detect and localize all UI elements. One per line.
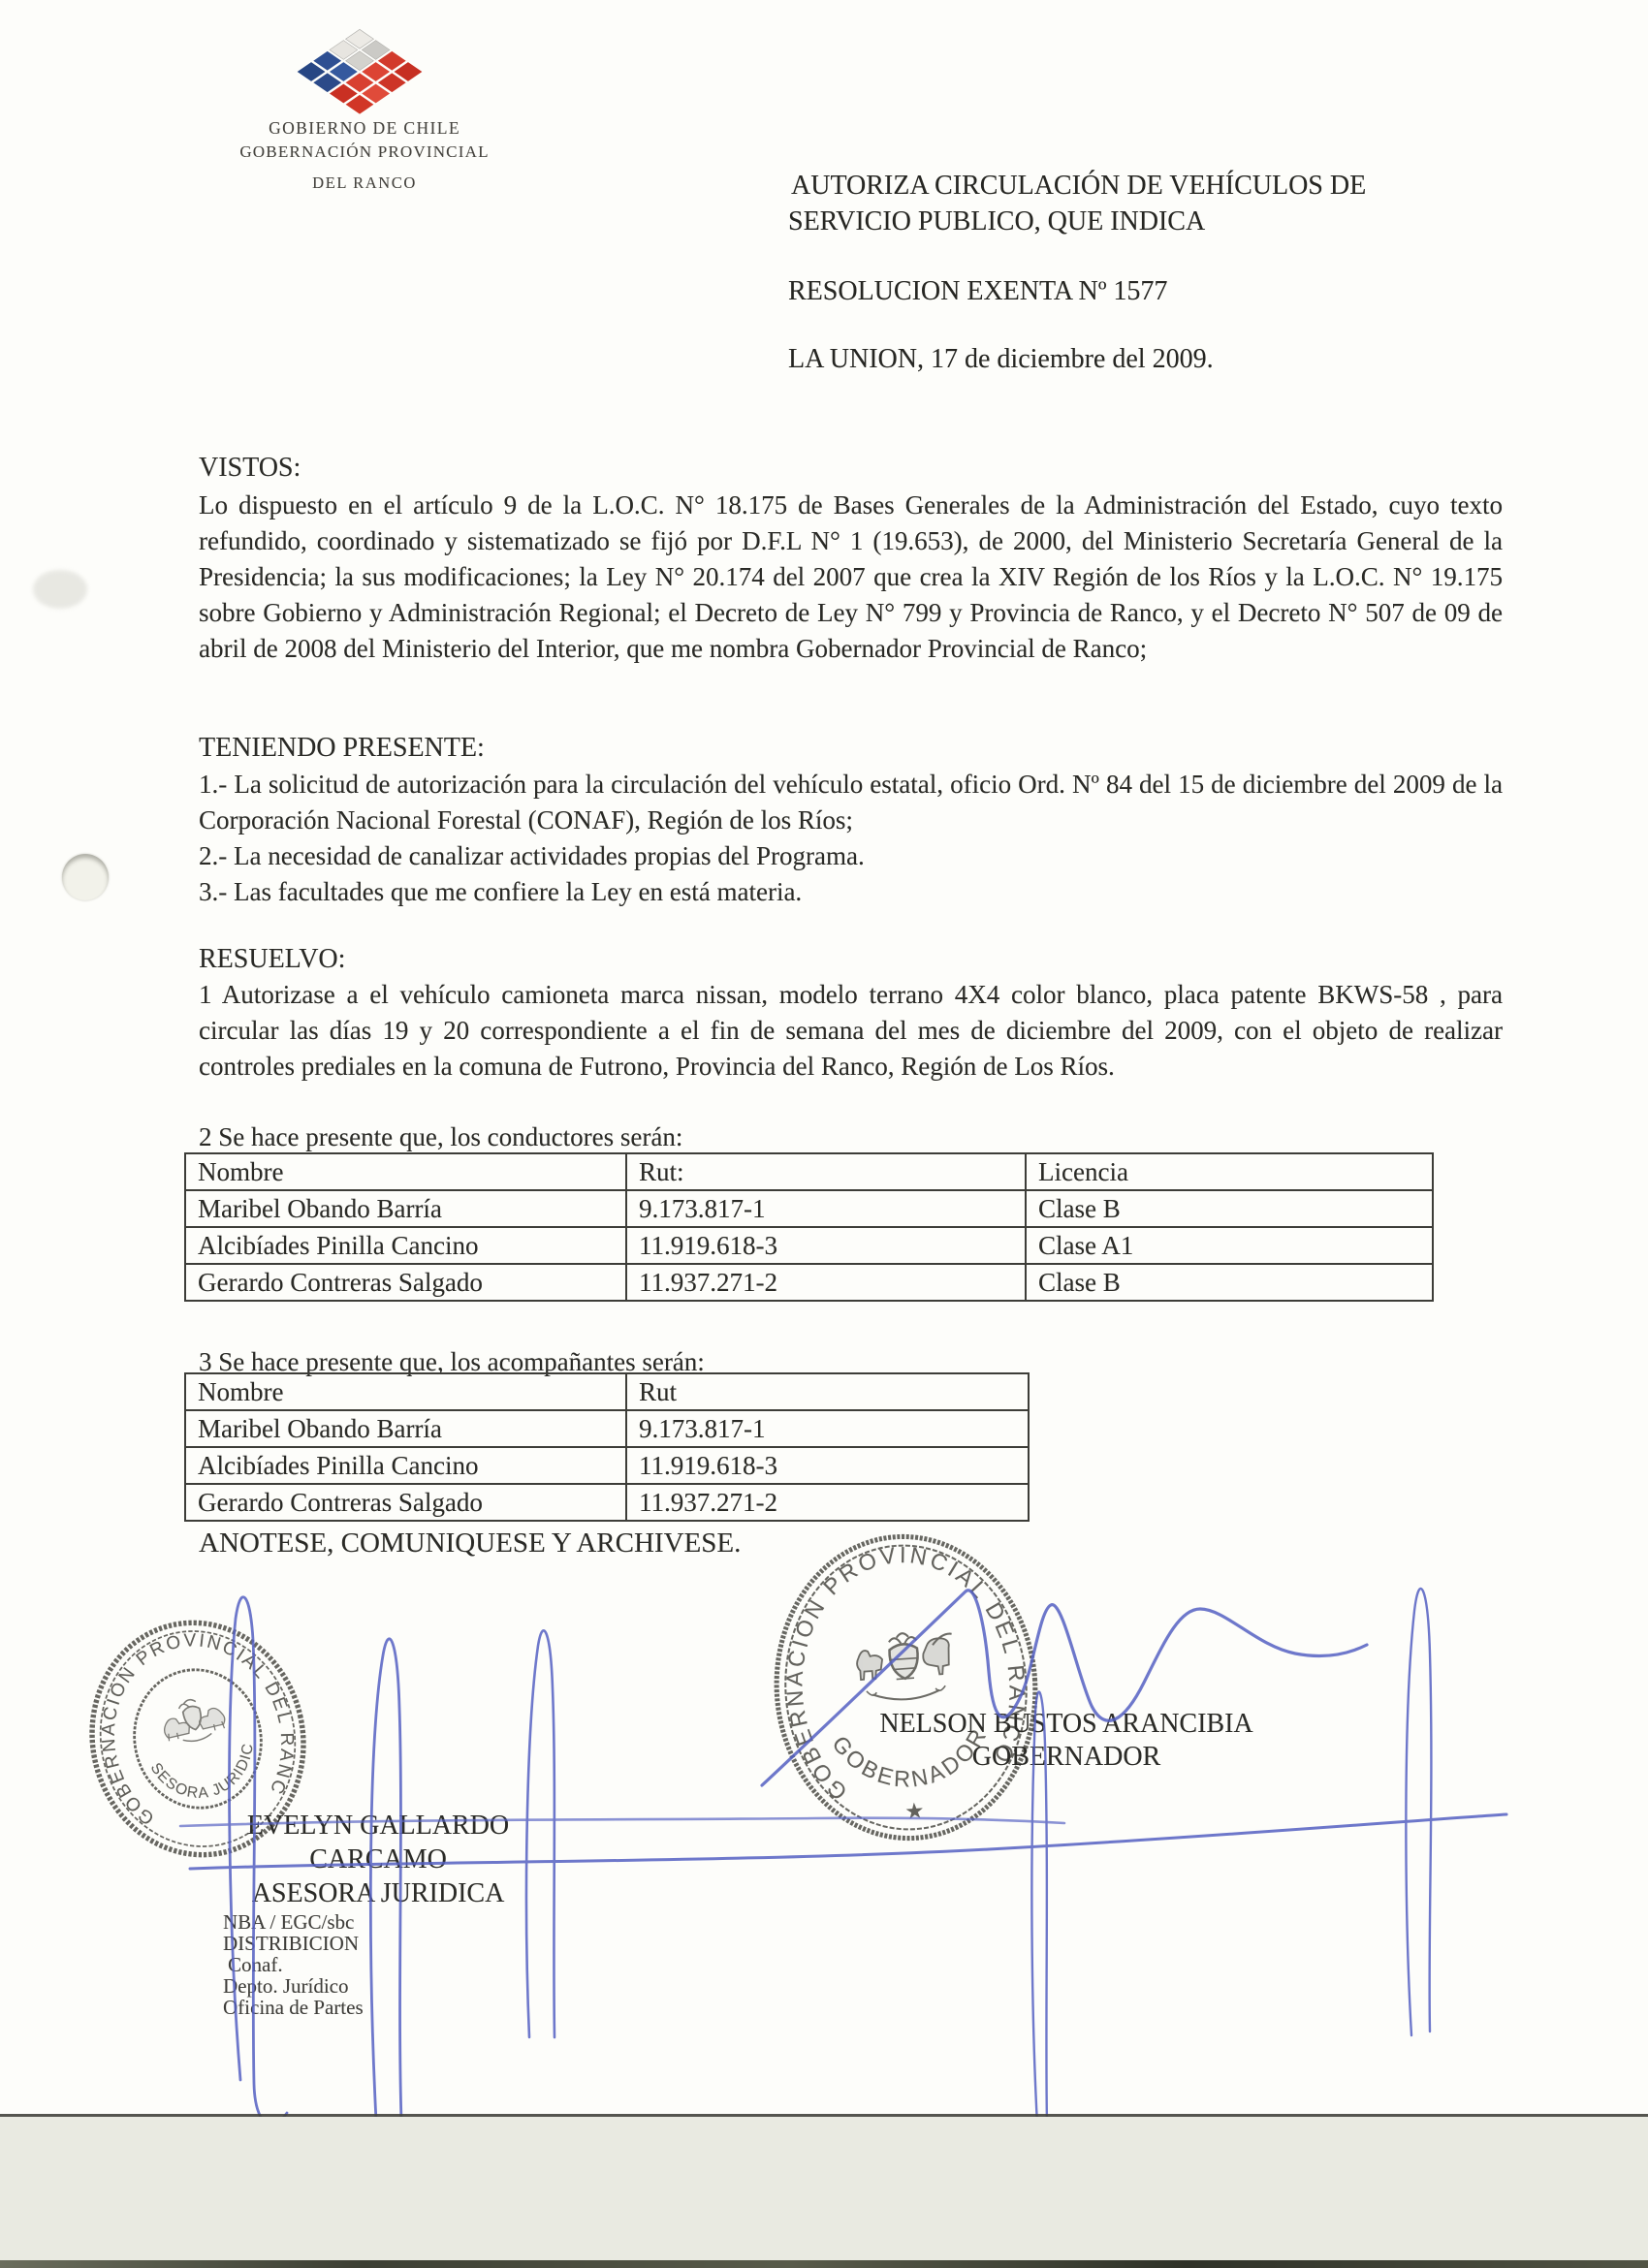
teniendo-item-2: 2.- La necesidad de canalizar actividade…: [199, 838, 1503, 874]
table-cell: 11.919.618-3: [626, 1447, 1029, 1484]
right-signer-name: NELSON BUSTOS ARANCIBIA: [872, 1708, 1260, 1741]
left-signer-title: ASESORA JURIDICA: [194, 1876, 562, 1910]
letterhead-line3: DEL RANCO: [175, 173, 554, 193]
table-cell: Clase A1: [1026, 1227, 1433, 1264]
teniendo-item-1: 1.- La solicitud de autorización para la…: [199, 767, 1503, 838]
letterhead-line1: GOBIERNO DE CHILE: [175, 118, 554, 139]
table-cell: Alcibíades Pinilla Cancino: [185, 1447, 626, 1484]
responsibility-initials: NBA / EGC/sbc: [223, 1911, 364, 1933]
right-signer-title: GOBERNADOR: [872, 1741, 1260, 1774]
resuelvo-item-2-intro: 2 Se hace presente que, los conductores …: [199, 1122, 682, 1152]
gobierno-chile-logo: [290, 26, 429, 117]
table-cell: Gerardo Contreras Salgado: [185, 1264, 626, 1301]
resuelvo-item-1: 1 Autorizase a el vehículo camioneta mar…: [199, 977, 1503, 1085]
distribution-block: NBA / EGC/sbc DISTRIBICION Conaf. Depto.…: [223, 1911, 364, 2018]
table-row: Maribel Obando Barría 9.173.817-1: [185, 1410, 1029, 1447]
table-cell: 9.173.817-1: [626, 1190, 1026, 1227]
distribution-item: Depto. Jurídico: [223, 1975, 364, 1997]
table-cell: 11.919.618-3: [626, 1227, 1026, 1264]
table-row: Maribel Obando Barría 9.173.817-1 Clase …: [185, 1190, 1433, 1227]
table-row: Gerardo Contreras Salgado 11.937.271-2 C…: [185, 1264, 1433, 1301]
subject-line2: SERVICIO PUBLICO, QUE INDICA: [788, 206, 1205, 237]
place-date: LA UNION, 17 de diciembre del 2009.: [788, 344, 1214, 375]
coat-of-arms-small: [159, 1693, 228, 1748]
letterhead-line2: GOBERNACIÓN PROVINCIAL: [175, 142, 554, 162]
table-row: Gerardo Contreras Salgado 11.937.271-2: [185, 1484, 1029, 1521]
companions-table: Nombre Rut Maribel Obando Barría 9.173.8…: [184, 1372, 1030, 1522]
subject-line1: AUTORIZA CIRCULACIÓN DE VEHÍCULOS DE: [791, 171, 1366, 202]
distribution-item: Conaf.: [223, 1954, 364, 1975]
distribution-heading: DISTRIBICION: [223, 1933, 364, 1954]
table-cell: Alcibíades Pinilla Cancino: [185, 1227, 626, 1264]
teniendo-items: 1.- La solicitud de autorización para la…: [199, 767, 1503, 910]
column-header: Rut: [626, 1373, 1029, 1410]
vistos-paragraph: Lo dispuesto en el artículo 9 de la L.O.…: [199, 488, 1503, 667]
table-row: Alcibíades Pinilla Cancino 11.919.618-3 …: [185, 1227, 1433, 1264]
stamp-star-icon: ★: [904, 1798, 926, 1823]
punch-hole: [62, 854, 109, 900]
teniendo-heading: TENIENDO PRESENTE:: [199, 733, 485, 764]
left-signer: EVELYN GALLARDO CARCAMO ASESORA JURIDICA: [194, 1809, 562, 1910]
punch-hole-shadow: [33, 570, 87, 609]
gobernador-stamp: GOBERNACION PROVINCIAL DEL RANCO GOBERNA…: [752, 1514, 1061, 1861]
resuelvo-heading: RESUELVO:: [199, 944, 345, 975]
column-header: Nombre: [185, 1153, 626, 1190]
table-cell: Maribel Obando Barría: [185, 1190, 626, 1227]
drivers-table: Nombre Rut: Licencia Maribel Obando Barr…: [184, 1152, 1434, 1302]
column-header: Licencia: [1026, 1153, 1433, 1190]
table-cell: 11.937.271-2: [626, 1264, 1026, 1301]
scan-bottom-strip: [0, 2260, 1648, 2268]
table-row: Alcibíades Pinilla Cancino 11.919.618-3: [185, 1447, 1029, 1484]
column-header: Nombre: [185, 1373, 626, 1410]
right-signer: NELSON BUSTOS ARANCIBIA GOBERNADOR: [872, 1708, 1260, 1774]
column-header: Rut:: [626, 1153, 1026, 1190]
table-cell: Clase B: [1026, 1264, 1433, 1301]
table-header-row: Nombre Rut: Licencia: [185, 1153, 1433, 1190]
table-cell: Gerardo Contreras Salgado: [185, 1484, 626, 1521]
logo-diamonds: [298, 29, 423, 113]
document-page: GOBIERNO DE CHILE GOBERNACIÓN PROVINCIAL…: [0, 0, 1648, 2268]
stamp-ring-text: GOBERNACION PROVINCIAL DEL RANCO: [56, 1590, 311, 1842]
letterhead: GOBIERNO DE CHILE GOBERNACIÓN PROVINCIAL…: [175, 118, 554, 193]
scan-background-band: [0, 2117, 1648, 2260]
distribution-item: Oficina de Partes: [223, 1997, 364, 2018]
table-cell: 11.937.271-2: [626, 1484, 1029, 1521]
stamp-inner-text: ASESORA JURIDICA: [56, 1591, 267, 1828]
teniendo-item-3: 3.- Las facultades que me confiere la Le…: [199, 874, 1503, 910]
table-cell: 9.173.817-1: [626, 1410, 1029, 1447]
left-signer-name: EVELYN GALLARDO CARCAMO: [194, 1809, 562, 1876]
coat-of-arms: [855, 1630, 956, 1703]
signature-loop: [1406, 1589, 1431, 2035]
vistos-heading: VISTOS:: [199, 453, 301, 484]
svg-text:ASESORA JURIDICA: ASESORA JURIDICA: [56, 1591, 267, 1828]
table-cell: Maribel Obando Barría: [185, 1410, 626, 1447]
closing-line: ANOTESE, COMUNIQUESE Y ARCHIVESE.: [199, 1528, 741, 1559]
table-cell: Clase B: [1026, 1190, 1433, 1227]
resolution-number: RESOLUCION EXENTA Nº 1577: [788, 276, 1167, 307]
svg-text:GOBERNACION PROVINCIAL DEL RAN: GOBERNACION PROVINCIAL DEL RANCO: [56, 1590, 311, 1842]
table-header-row: Nombre Rut: [185, 1373, 1029, 1410]
